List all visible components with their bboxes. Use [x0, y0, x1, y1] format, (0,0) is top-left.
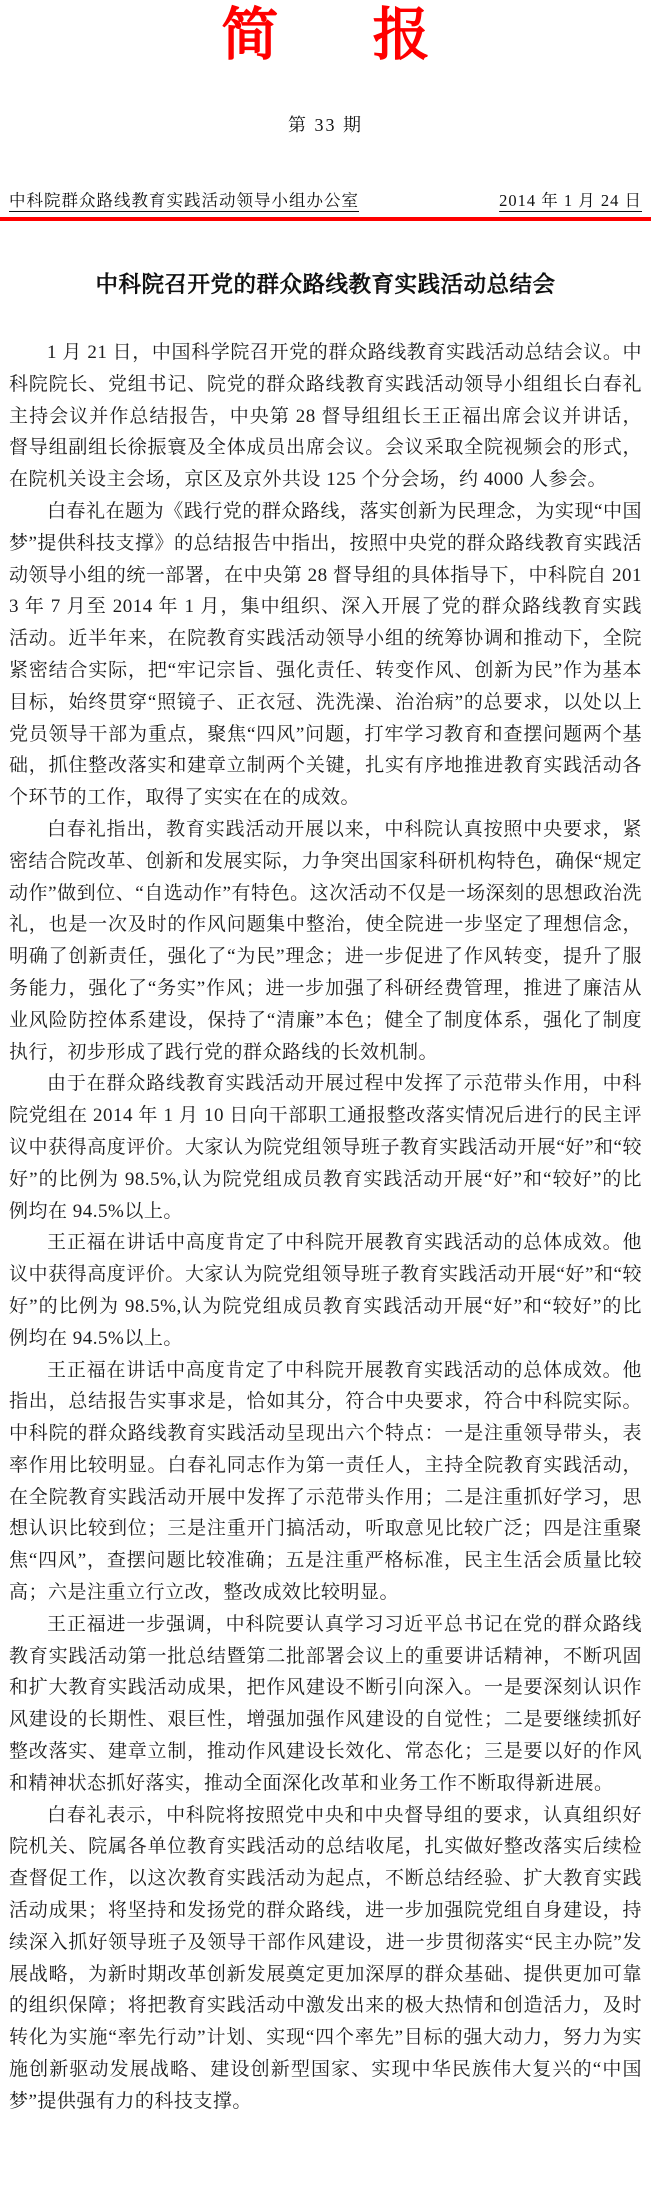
briefing-document: 简 报 第 33 期 中科院群众路线教育实践活动领导小组办公室 2014 年 1…	[0, 0, 651, 2190]
office-date-line: 中科院群众路线教育实践活动领导小组办公室 2014 年 1 月 24 日	[9, 187, 642, 211]
paragraph: 白春礼表示，中科院将按照党中央和中央督导组的要求，认真组织好院机关、院属各单位教…	[9, 1800, 642, 2118]
paragraph: 白春礼指出，教育实践活动开展以来，中科院认真按照中央要求，紧密结合院改革、创新和…	[9, 814, 642, 1068]
masthead-title: 简 报	[9, 4, 642, 68]
paragraph: 王正福在讲话中高度肯定了中科院开展教育实践活动的总体成效。他议中获得高度评价。大…	[9, 1227, 642, 1354]
paragraph: 1 月 21 日，中国科学院召开党的群众路线教育实践活动总结会议。中科院院长、党…	[9, 337, 642, 496]
issuing-office: 中科院群众路线教育实践活动领导小组办公室	[9, 187, 359, 211]
issue-number: 第 33 期	[9, 111, 642, 137]
paragraph: 白春礼在题为《践行党的群众路线，落实创新为民理念，为实现“中国梦”提供科技支撑》…	[9, 496, 642, 814]
masthead: 简 报 第 33 期 中科院群众路线教育实践活动领导小组办公室 2014 年 1…	[9, 4, 642, 221]
paragraph: 王正福进一步强调，中科院要认真学习习近平总书记在党的群众路线教育实践活动第一批总…	[9, 1609, 642, 1800]
red-divider-rule	[0, 217, 651, 221]
article: 中科院召开党的群众路线教育实践活动总结会 1 月 21 日，中国科学院召开党的群…	[9, 267, 642, 2118]
article-body: 1 月 21 日，中国科学院召开党的群众路线教育实践活动总结会议。中科院院长、党…	[9, 337, 642, 2118]
article-title: 中科院召开党的群众路线教育实践活动总结会	[9, 267, 642, 299]
issue-date: 2014 年 1 月 24 日	[499, 187, 642, 211]
paragraph: 王正福在讲话中高度肯定了中科院开展教育实践活动的总体成效。他指出，总结报告实事求…	[9, 1355, 642, 1609]
paragraph: 由于在群众路线教育实践活动开展过程中发挥了示范带头作用，中科院党组在 2014 …	[9, 1068, 642, 1227]
